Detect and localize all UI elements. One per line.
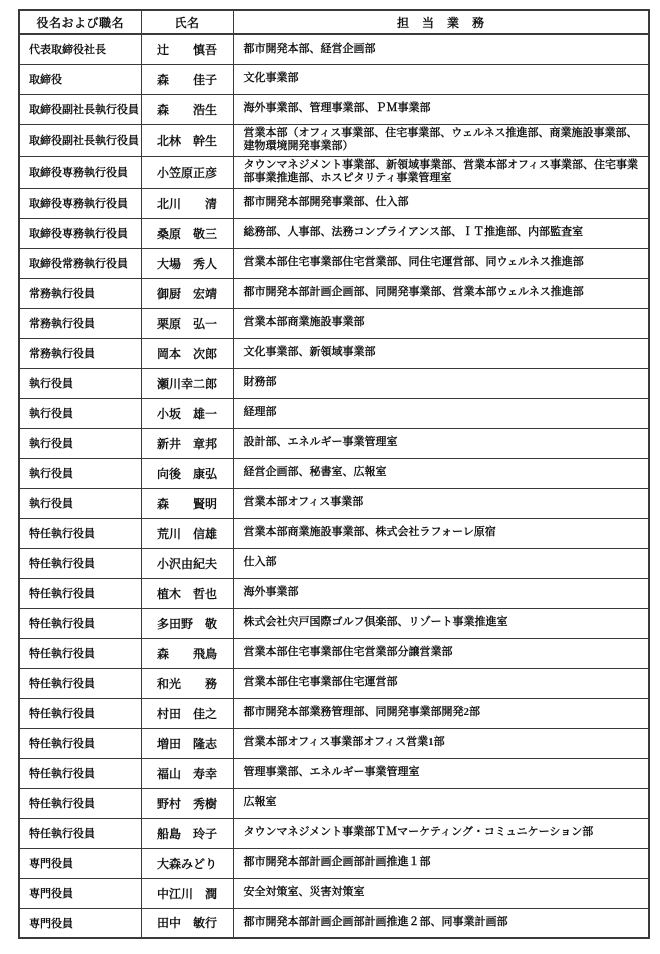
officer-name: 船島 玲子: [141, 818, 233, 848]
officer-title: 執行役員: [19, 398, 141, 428]
header-title-column: 役名および職名: [19, 10, 141, 34]
table-row: 取締役専務執行役員 小笠原正彦 タウンマネジメント事業部、新領域事業部、営業本部…: [19, 156, 649, 188]
header-row: 役名および職名 氏名 担 当 業 務: [19, 10, 649, 34]
officer-name: 森 佳子: [141, 64, 233, 94]
table-row: 特任執行役員 荒川 信雄 営業本部商業施設事業部、株式会社ラフォーレ原宿: [19, 518, 649, 548]
officer-name: 北林 幹生: [141, 124, 233, 156]
officer-duty: 都市開発本部計画企画部計画推進１部: [233, 848, 649, 878]
executives-table: 役名および職名 氏名 担 当 業 務 代表取締役社長 辻 慎吾 都市開発本部、経…: [18, 9, 650, 939]
officer-title: 特任執行役員: [19, 758, 141, 788]
officer-name: 森 飛鳥: [141, 638, 233, 668]
officer-title: 取締役常務執行役員: [19, 248, 141, 278]
officer-duty: 営業本部住宅事業部住宅運営部: [233, 668, 649, 698]
officer-name: 村田 佳之: [141, 698, 233, 728]
officer-duty: 営業本部住宅事業部住宅営業部、同住宅運営部、同ウェルネス推進部: [233, 248, 649, 278]
table-row: 取締役専務執行役員 北川 清 都市開発本部開発事業部、仕入部: [19, 188, 649, 218]
officer-name: 向後 康弘: [141, 458, 233, 488]
officer-duty: 都市開発本部業務管理部、同開発事業部開発2部: [233, 698, 649, 728]
officer-title: 取締役専務執行役員: [19, 218, 141, 248]
header-name-column: 氏名: [141, 10, 233, 34]
table-row: 特任執行役員 村田 佳之 都市開発本部業務管理部、同開発事業部開発2部: [19, 698, 649, 728]
officer-name: 野村 秀樹: [141, 788, 233, 818]
officer-duty: 管理事業部、エネルギー事業管理室: [233, 758, 649, 788]
officer-name: 辻 慎吾: [141, 34, 233, 64]
table-header: 役名および職名 氏名 担 当 業 務: [19, 10, 649, 34]
officer-duty: 営業本部オフィス事業部: [233, 488, 649, 518]
table-row: 執行役員 新井 章邦 設計部、エネルギー事業管理室: [19, 428, 649, 458]
table-row: 特任執行役員 船島 玲子 タウンマネジメント事業部ＴＭマーケティング・コミュニケ…: [19, 818, 649, 848]
table-row: 専門役員 大森みどり 都市開発本部計画企画部計画推進１部: [19, 848, 649, 878]
officer-title: 常務執行役員: [19, 338, 141, 368]
officer-title: 取締役: [19, 64, 141, 94]
officer-duty: 経営企画部、秘書室、広報室: [233, 458, 649, 488]
table-row: 特任執行役員 多田野 敬 株式会社宍戸国際ゴルフ倶楽部、リゾート事業推進室: [19, 608, 649, 638]
officer-duty: 広報室: [233, 788, 649, 818]
table-row: 常務執行役員 岡本 次郎 文化事業部、新領域事業部: [19, 338, 649, 368]
officer-title: 特任執行役員: [19, 638, 141, 668]
officer-title: 執行役員: [19, 428, 141, 458]
officer-name: 森 賢明: [141, 488, 233, 518]
officer-duty: 都市開発本部、経営企画部: [233, 34, 649, 64]
table-row: 専門役員 中江川 潤 安全対策室、災害対策室: [19, 878, 649, 908]
officer-name: 御厨 宏靖: [141, 278, 233, 308]
officer-duty: 海外事業部、管理事業部、ＰＭ事業部: [233, 94, 649, 124]
officer-name: 和光 務: [141, 668, 233, 698]
officer-name: 栗原 弘一: [141, 308, 233, 338]
officer-name: 小坂 雄一: [141, 398, 233, 428]
table-row: 特任執行役員 和光 務 営業本部住宅事業部住宅運営部: [19, 668, 649, 698]
officer-duty: 財務部: [233, 368, 649, 398]
officer-duty: 都市開発本部計画企画部計画推進２部、同事業計画部: [233, 908, 649, 938]
officer-name: 瀬川幸二郎: [141, 368, 233, 398]
officer-title: 特任執行役員: [19, 608, 141, 638]
officer-duty: 総務部、人事部、法務コンプライアンス部、ＩＴ推進部、内部監査室: [233, 218, 649, 248]
officer-title: 特任執行役員: [19, 548, 141, 578]
table-row: 取締役 森 佳子 文化事業部: [19, 64, 649, 94]
officer-title: 専門役員: [19, 848, 141, 878]
officer-name: 植木 哲也: [141, 578, 233, 608]
officer-duty: タウンマネジメント事業部ＴＭマーケティング・コミュニケーション部: [233, 818, 649, 848]
officer-duty: 営業本部商業施設事業部、株式会社ラフォーレ原宿: [233, 518, 649, 548]
officer-title: 代表取締役社長: [19, 34, 141, 64]
officer-title: 特任執行役員: [19, 698, 141, 728]
officer-duty: 経理部: [233, 398, 649, 428]
officer-name: 岡本 次郎: [141, 338, 233, 368]
officer-name: 増田 隆志: [141, 728, 233, 758]
officer-title: 特任執行役員: [19, 518, 141, 548]
table-row: 執行役員 瀬川幸二郎 財務部: [19, 368, 649, 398]
officer-duty: 文化事業部、新領域事業部: [233, 338, 649, 368]
table-row: 常務執行役員 栗原 弘一 営業本部商業施設事業部: [19, 308, 649, 338]
officer-name: 小笠原正彦: [141, 156, 233, 188]
officer-title: 専門役員: [19, 878, 141, 908]
officer-duty: 設計部、エネルギー事業管理室: [233, 428, 649, 458]
table-row: 執行役員 森 賢明 営業本部オフィス事業部: [19, 488, 649, 518]
officer-title: 執行役員: [19, 458, 141, 488]
officer-duty: 仕入部: [233, 548, 649, 578]
officer-title: 特任執行役員: [19, 818, 141, 848]
officer-duty: 安全対策室、災害対策室: [233, 878, 649, 908]
officer-duty: 海外事業部: [233, 578, 649, 608]
officer-duty: 営業本部商業施設事業部: [233, 308, 649, 338]
officer-duty: 株式会社宍戸国際ゴルフ倶楽部、リゾート事業推進室: [233, 608, 649, 638]
officer-name: 大場 秀人: [141, 248, 233, 278]
officer-duty: タウンマネジメント事業部、新領域事業部、営業本部オフィス事業部、住宅事業部事業推…: [233, 156, 649, 188]
table-row: 特任執行役員 増田 隆志 営業本部オフィス事業部オフィス営業1部: [19, 728, 649, 758]
officer-title: 特任執行役員: [19, 668, 141, 698]
table-row: 特任執行役員 森 飛鳥 営業本部住宅事業部住宅営業部分譲営業部: [19, 638, 649, 668]
table-row: 執行役員 向後 康弘 経営企画部、秘書室、広報室: [19, 458, 649, 488]
table-row: 専門役員 田中 敏行 都市開発本部計画企画部計画推進２部、同事業計画部: [19, 908, 649, 938]
document-page: 役名および職名 氏名 担 当 業 務 代表取締役社長 辻 慎吾 都市開発本部、経…: [0, 0, 660, 954]
officer-duty: 営業本部住宅事業部住宅営業部分譲営業部: [233, 638, 649, 668]
table-row: 特任執行役員 野村 秀樹 広報室: [19, 788, 649, 818]
officer-title: 特任執行役員: [19, 728, 141, 758]
officer-title: 常務執行役員: [19, 308, 141, 338]
officer-name: 多田野 敬: [141, 608, 233, 638]
officer-title: 取締役専務執行役員: [19, 156, 141, 188]
officer-name: 桑原 敬三: [141, 218, 233, 248]
officer-duty: 都市開発本部開発事業部、仕入部: [233, 188, 649, 218]
officer-name: 小沢由紀夫: [141, 548, 233, 578]
officer-title: 執行役員: [19, 368, 141, 398]
officer-name: 中江川 潤: [141, 878, 233, 908]
officer-title: 取締役副社長執行役員: [19, 94, 141, 124]
officer-title: 取締役専務執行役員: [19, 188, 141, 218]
officer-title: 取締役副社長執行役員: [19, 124, 141, 156]
table-row: 取締役副社長執行役員 北林 幹生 営業本部（オフィス事業部、住宅事業部、ウェルネ…: [19, 124, 649, 156]
table-row: 執行役員 小坂 雄一 経理部: [19, 398, 649, 428]
officer-title: 特任執行役員: [19, 578, 141, 608]
officer-title: 常務執行役員: [19, 278, 141, 308]
officer-name: 新井 章邦: [141, 428, 233, 458]
officer-name: 大森みどり: [141, 848, 233, 878]
officer-name: 森 浩生: [141, 94, 233, 124]
table-row: 取締役常務執行役員 大場 秀人 営業本部住宅事業部住宅営業部、同住宅運営部、同ウ…: [19, 248, 649, 278]
officer-duty: 文化事業部: [233, 64, 649, 94]
table-row: 常務執行役員 御厨 宏靖 都市開発本部計画企画部、同開発事業部、営業本部ウェルネ…: [19, 278, 649, 308]
officer-duty: 都市開発本部計画企画部、同開発事業部、営業本部ウェルネス推進部: [233, 278, 649, 308]
officer-title: 専門役員: [19, 908, 141, 938]
table-row: 取締役副社長執行役員 森 浩生 海外事業部、管理事業部、ＰＭ事業部: [19, 94, 649, 124]
officer-name: 荒川 信雄: [141, 518, 233, 548]
table-row: 特任執行役員 植木 哲也 海外事業部: [19, 578, 649, 608]
officer-duty: 営業本部オフィス事業部オフィス営業1部: [233, 728, 649, 758]
officer-name: 北川 清: [141, 188, 233, 218]
officer-title: 執行役員: [19, 488, 141, 518]
officer-title: 特任執行役員: [19, 788, 141, 818]
officer-name: 田中 敏行: [141, 908, 233, 938]
table-row: 特任執行役員 福山 寿幸 管理事業部、エネルギー事業管理室: [19, 758, 649, 788]
officer-duty: 営業本部（オフィス事業部、住宅事業部、ウェルネス推進部、商業施設事業部、建物環境…: [233, 124, 649, 156]
officer-name: 福山 寿幸: [141, 758, 233, 788]
table-row: 代表取締役社長 辻 慎吾 都市開発本部、経営企画部: [19, 34, 649, 64]
table-row: 取締役専務執行役員 桑原 敬三 総務部、人事部、法務コンプライアンス部、ＩＴ推進…: [19, 218, 649, 248]
header-duty-column: 担 当 業 務: [233, 10, 649, 34]
table-body: 代表取締役社長 辻 慎吾 都市開発本部、経営企画部 取締役 森 佳子 文化事業部…: [19, 34, 649, 938]
table-row: 特任執行役員 小沢由紀夫 仕入部: [19, 548, 649, 578]
